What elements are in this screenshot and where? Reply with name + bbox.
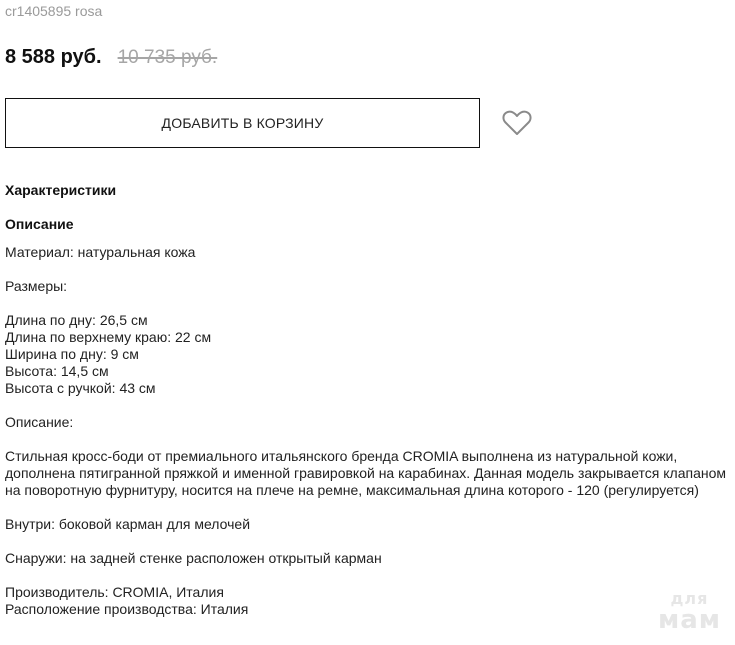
price-old: 10 735 руб. (118, 47, 218, 69)
wishlist-button[interactable] (502, 110, 532, 136)
specs-heading: Характеристики (5, 182, 730, 199)
description-text: Стильная кросс-боди от премиального итал… (5, 448, 730, 499)
manufacturer-line: Производитель: CROMIA, Италия (5, 584, 730, 601)
material-line: Материал: натуральная кожа (5, 244, 730, 261)
add-to-cart-button[interactable]: ДОБАВИТЬ В КОРЗИНУ (5, 98, 480, 148)
size-line: Высота с ручкой: 43 см (5, 380, 730, 397)
price-current: 8 588 руб. (5, 46, 102, 69)
size-line: Ширина по дну: 9 см (5, 346, 730, 363)
size-line: Длина по верхнему краю: 22 см (5, 329, 730, 346)
product-details: Характеристики Описание Материал: натура… (5, 182, 730, 618)
inside-line: Внутри: боковой карман для мелочей (5, 516, 730, 533)
production-location-line: Расположение производства: Италия (5, 601, 730, 618)
description-heading: Описание (5, 216, 730, 233)
size-line: Длина по дну: 26,5 см (5, 312, 730, 329)
outside-line: Снаружи: на задней стенке расположен отк… (5, 550, 730, 567)
product-sku: cr1405895 rosa (5, 3, 102, 19)
watermark-bottom: мам (658, 607, 721, 633)
description-label: Описание: (5, 414, 730, 431)
sizes-label: Размеры: (5, 278, 730, 295)
watermark-logo: для мам (658, 591, 721, 633)
size-line: Высота: 14,5 см (5, 363, 730, 380)
price-row: 8 588 руб. 10 735 руб. (5, 46, 217, 69)
heart-outline-icon (502, 110, 532, 136)
